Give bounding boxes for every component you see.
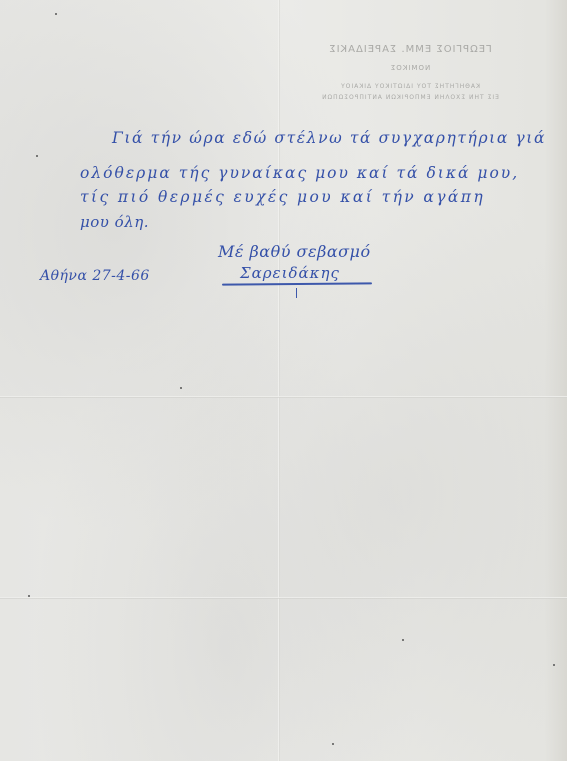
place-and-date: Αθήνα 27-4-66 <box>40 268 150 284</box>
letterhead-name: ΓΕΩΡΓΙΟΣ ΕΜΜ. ΣΑΡΕΙΔΑΚΙΣ <box>270 44 550 55</box>
letter-body-line-4: μου όλη. <box>80 213 149 231</box>
horizontal-fold-line-lower <box>0 597 567 599</box>
letterhead-line-1: ΚΑΘΗΓΗΤΗΣ ΤΟΥ ΙΔΙΩΤΙΚΟΥ ΔΙΚΑΙΟΥ <box>270 83 550 90</box>
paper-speck <box>28 595 30 597</box>
signature-flourish <box>296 288 297 298</box>
letterhead-bleedthrough: ΓΕΩΡΓΙΟΣ ΕΜΜ. ΣΑΡΕΙΔΑΚΙΣ ΝΟΜΙΚΟΣ ΚΑΘΗΓΗΤ… <box>270 44 550 101</box>
vertical-fold-line <box>278 0 280 761</box>
paper-speck <box>402 639 404 641</box>
horizontal-fold-line-upper <box>0 396 567 398</box>
letter-paper <box>0 0 567 761</box>
paper-speck <box>180 387 182 389</box>
paper-speck <box>55 13 57 15</box>
letter-body-line-2: ολόθερμα τής γυναίκας μου καί τά δικά μο… <box>80 164 519 182</box>
paper-speck <box>36 155 38 157</box>
paper-speck <box>553 664 555 666</box>
letterhead-line-2: ΕΙΣ ΤΗΝ ΣΧΟΛΗΝ ΕΜΠΟΡΙΚΩΝ ΑΝΤΙΠΡΟΣΩΠΩΝ <box>270 94 550 101</box>
paper-speck <box>332 743 334 745</box>
signature: Σαρειδάκης <box>240 264 340 282</box>
letterhead-title: ΝΟΜΙΚΟΣ <box>270 64 550 72</box>
letter-body-line-3: τίς πιό θερμές ευχές μου καί τήν αγάπη <box>80 188 485 206</box>
letter-body-line-1: Γιά τήν ώρα εδώ στέλνω τά συγχαρητήρια γ… <box>112 129 546 147</box>
letter-closing: Μέ βαθύ σεβασμό <box>218 242 371 261</box>
